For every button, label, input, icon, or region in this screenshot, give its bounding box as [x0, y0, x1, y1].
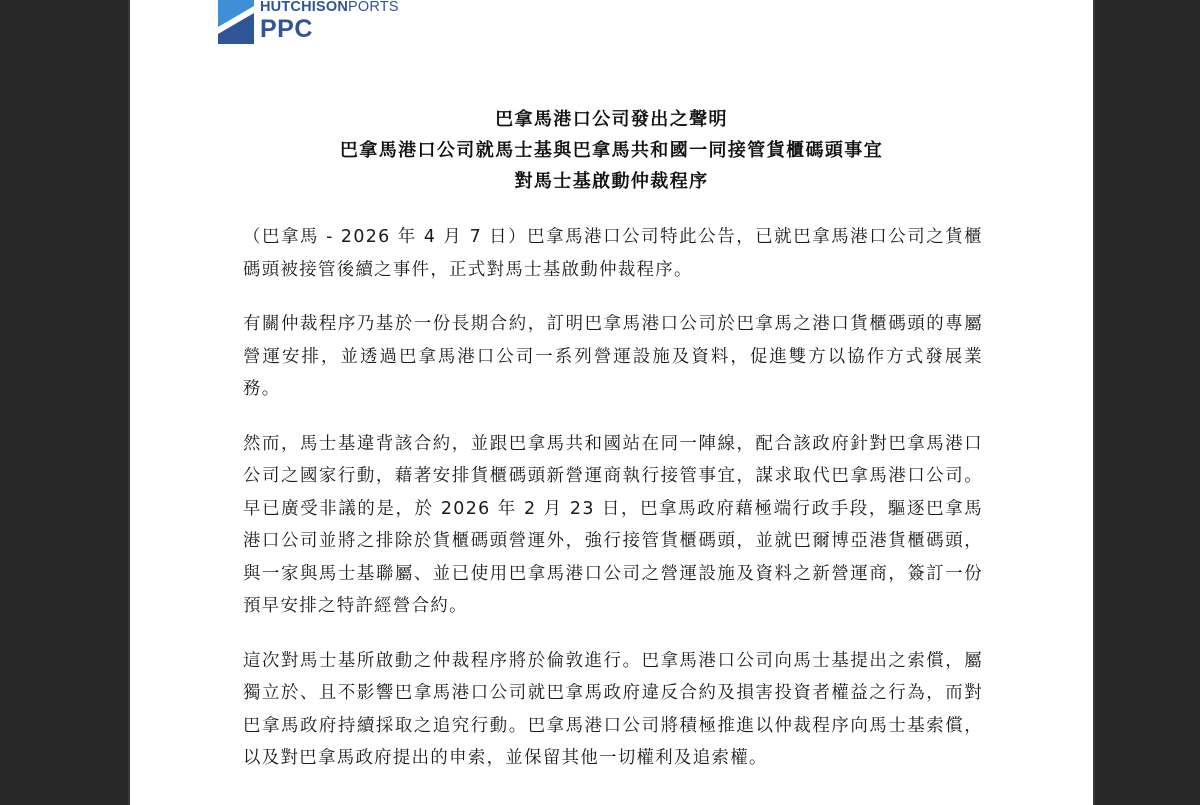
document-viewer: HUTCHISONPORTS PPC 巴拿馬港口公司發出之聲明 巴拿馬港口公司就… — [0, 0, 1200, 805]
paragraph-2: 有關仲裁程序乃基於一份長期合約，訂明巴拿馬港口公司於巴拿馬之港口貨櫃碼頭的專屬營… — [243, 308, 983, 406]
title-line-2: 巴拿馬港口公司就馬士基與巴拿馬共和國一同接管貨櫃碼頭事宜 — [130, 135, 1093, 166]
paragraph-3: 然而，馬士基違背該合約，並跟巴拿馬共和國站在同一陣線，配合該政府針對巴拿馬港口公… — [243, 428, 983, 623]
logo-mark-icon — [218, 0, 254, 44]
paragraph-4: 這次對馬士基所啟動之仲裁程序將於倫敦進行。巴拿馬港口公司向馬士基提出之索償，屬獨… — [243, 645, 983, 775]
logo-text: HUTCHISONPORTS PPC — [260, 0, 399, 42]
company-logo: HUTCHISONPORTS PPC — [218, 0, 399, 44]
paragraph-1: （巴拿馬 - 2026 年 4 月 7 日）巴拿馬港口公司特此公告，已就巴拿馬港… — [243, 221, 983, 286]
document-titles: 巴拿馬港口公司發出之聲明 巴拿馬港口公司就馬士基與巴拿馬共和國一同接管貨櫃碼頭事… — [130, 104, 1093, 197]
document-page: HUTCHISONPORTS PPC 巴拿馬港口公司發出之聲明 巴拿馬港口公司就… — [130, 0, 1093, 805]
logo-subbrand: PPC — [260, 17, 399, 42]
logo-brand-bold: HUTCHISON — [260, 0, 348, 15]
title-line-1: 巴拿馬港口公司發出之聲明 — [130, 104, 1093, 135]
logo-brand: HUTCHISONPORTS — [260, 0, 399, 15]
title-line-3: 對馬士基啟動仲裁程序 — [130, 166, 1093, 197]
document-body: （巴拿馬 - 2026 年 4 月 7 日）巴拿馬港口公司特此公告，已就巴拿馬港… — [243, 221, 983, 797]
logo-brand-light: PORTS — [348, 0, 399, 15]
